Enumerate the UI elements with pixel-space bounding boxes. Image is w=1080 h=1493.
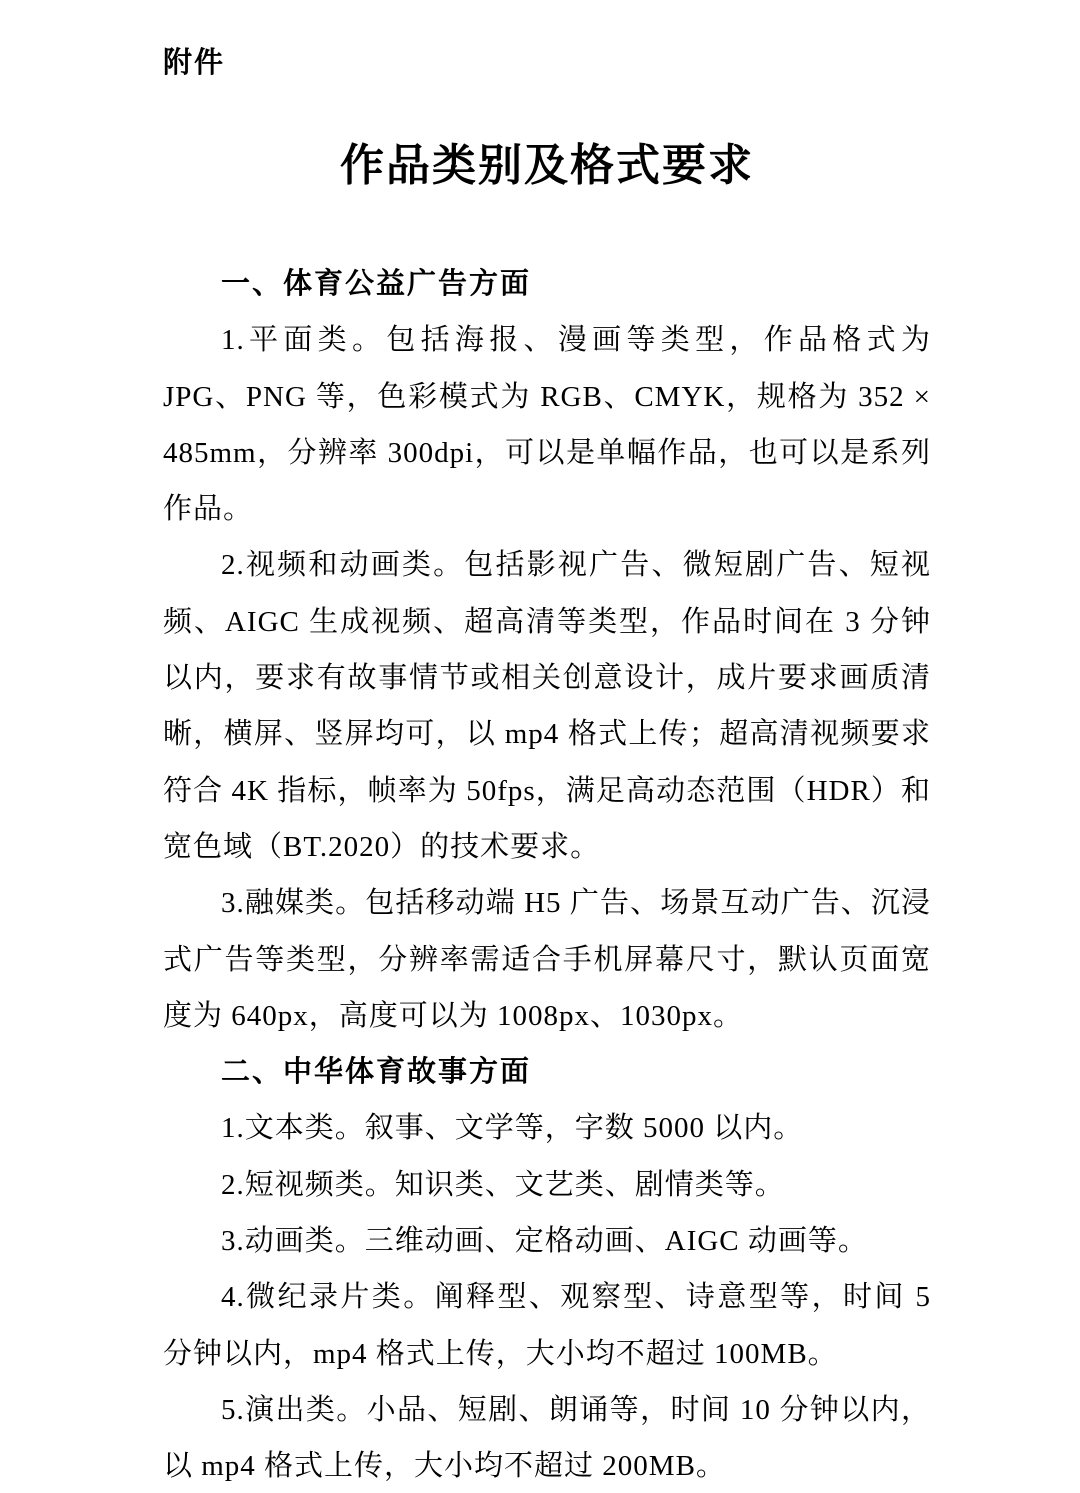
section-1-paragraph-3: 3.融媒类。包括移动端 H5 广告、场景互动广告、沉浸式广告等类型，分辨率需适合…: [163, 875, 931, 1044]
section-1-heading: 一、体育公益广告方面: [163, 256, 931, 312]
section-2-paragraph-1: 1.文本类。叙事、文学等，字数 5000 以内。: [163, 1100, 931, 1156]
document-page: 附件 作品类别及格式要求 一、体育公益广告方面 1.平面类。包括海报、漫画等类型…: [0, 0, 1080, 1493]
section-2-heading: 二、中华体育故事方面: [163, 1044, 931, 1100]
section-2-paragraph-3: 3.动画类。三维动画、定格动画、AIGC 动画等。: [163, 1213, 931, 1269]
section-1-paragraph-1: 1.平面类。包括海报、漫画等类型，作品格式为 JPG、PNG 等，色彩模式为 R…: [163, 312, 931, 537]
attachment-label: 附件: [163, 46, 931, 80]
section-2-paragraph-2: 2.短视频类。知识类、文艺类、剧情类等。: [163, 1157, 931, 1213]
document-title: 作品类别及格式要求: [163, 140, 931, 192]
document-body: 一、体育公益广告方面 1.平面类。包括海报、漫画等类型，作品格式为 JPG、PN…: [163, 256, 931, 1493]
section-2-paragraph-4: 4.微纪录片类。阐释型、观察型、诗意型等，时间 5 分钟以内，mp4 格式上传，…: [163, 1269, 931, 1382]
section-2-paragraph-5: 5.演出类。小品、短剧、朗诵等，时间 10 分钟以内，以 mp4 格式上传，大小…: [163, 1382, 931, 1493]
section-1-paragraph-2: 2.视频和动画类。包括影视广告、微短剧广告、短视频、AIGC 生成视频、超高清等…: [163, 537, 931, 875]
